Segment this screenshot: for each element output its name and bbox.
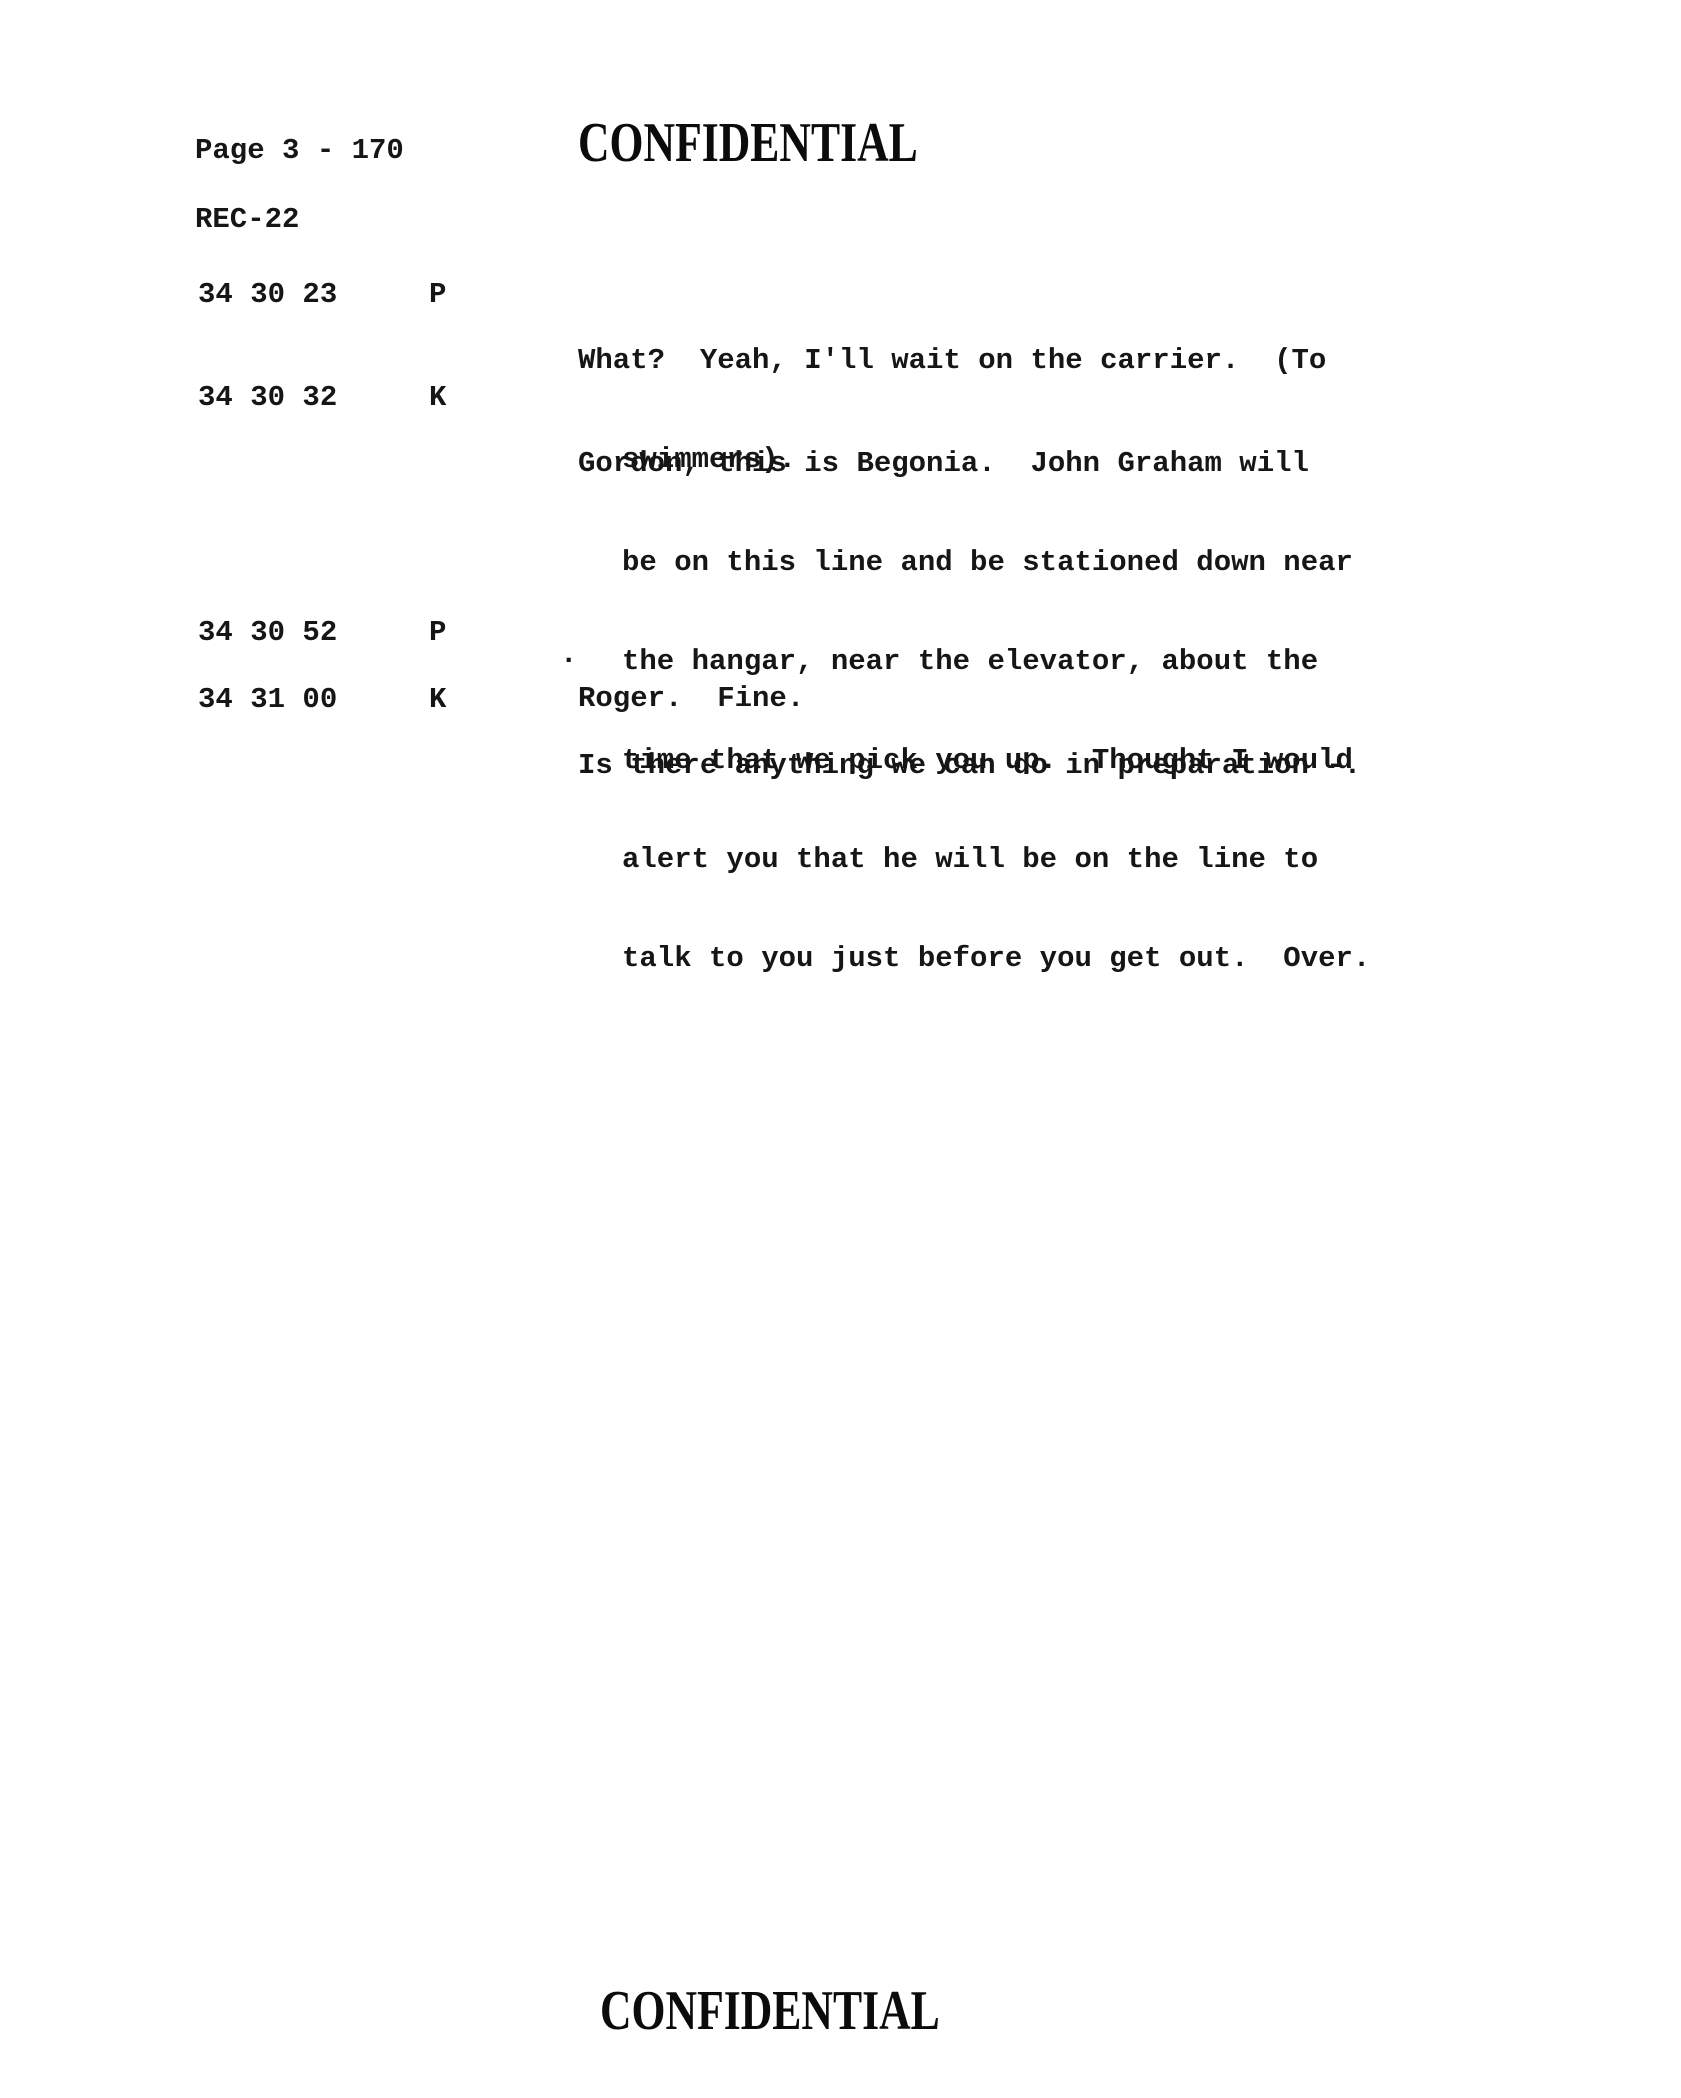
speaker-label: P	[429, 278, 446, 311]
header-stamp-text: CONFIDENTIAL	[578, 115, 918, 171]
utterance-line: be on this line and be stationed down ne…	[622, 546, 1398, 579]
utterance: Is there anything we can do in preparati…	[578, 683, 1398, 848]
utterance-line: Is there anything we can do in preparati…	[578, 749, 1398, 782]
document-page: Page 3 - 170 CONFIDENTIAL REC-22 34 30 2…	[0, 0, 1681, 2098]
timestamp: 34 30 32	[198, 381, 337, 414]
footer-stamp-text: CONFIDENTIAL	[600, 1983, 940, 2039]
transcript-entry: 34 30 32 K Gordon, this is Begonia. John…	[0, 381, 1681, 414]
transcript-entry: 34 30 52 P Roger. Fine.	[0, 616, 1681, 649]
page-number-label: Page 3 - 170	[195, 134, 404, 167]
stray-period-mark: .	[560, 638, 577, 671]
rec-label: REC-22	[195, 203, 299, 236]
speaker-label: K	[429, 381, 446, 414]
header-confidential-stamp: CONFIDENTIAL	[578, 115, 1014, 171]
transcript-entry: 34 30 23 P What? Yeah, I'll wait on the …	[0, 278, 1681, 311]
utterance-line: Gordon, this is Begonia. John Graham wil…	[578, 447, 1398, 480]
timestamp: 34 31 00	[198, 683, 337, 716]
utterance-line: talk to you just before you get out. Ove…	[622, 942, 1398, 975]
timestamp: 34 30 52	[198, 616, 337, 649]
transcript-entry: 34 31 00 K Is there anything we can do i…	[0, 683, 1681, 716]
speaker-label: P	[429, 616, 446, 649]
timestamp: 34 30 23	[198, 278, 337, 311]
speaker-label: K	[429, 683, 446, 716]
utterance-line: What? Yeah, I'll wait on the carrier. (T…	[578, 344, 1398, 377]
footer-confidential-stamp: CONFIDENTIAL	[600, 1983, 1036, 2039]
